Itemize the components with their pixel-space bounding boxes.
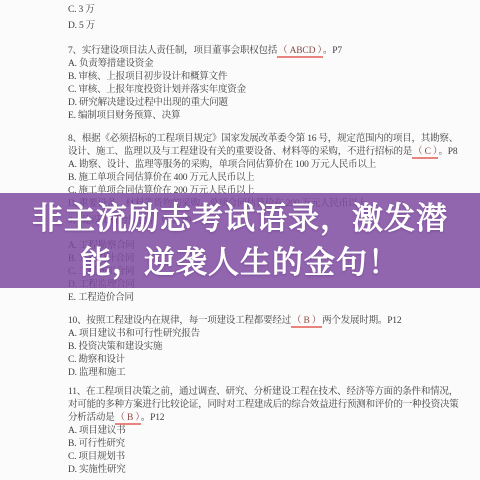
doc-line: 8、根据《必须招标的工程项目规定》国家发展改革委令第 16 号，规定范围内的项目… xyxy=(68,133,468,146)
doc-line: 对可能的多种方案进行比较论证，同时对工程建成后的综合效益进行预测和评价的一种投资… xyxy=(68,399,468,412)
question-text: 两个发展时期。P12 xyxy=(322,316,401,326)
doc-line: B. 投资决策和建设实施 xyxy=(68,341,468,354)
doc-line: C. 项目规划书 xyxy=(68,451,468,464)
doc-line: D. 实施性研究 xyxy=(68,464,468,477)
overlay-title-line-1: 非主流励志考试语录，激发潜 xyxy=(32,197,448,241)
doc-line: 7、实行建设项目法人责任制，项目董事会职权包括（ ABCD ）。P7 xyxy=(68,45,468,58)
question-text: 10、按照工程建设内在规律，每一项建设工程都要经过 xyxy=(68,316,291,326)
doc-line: C. 勘察和设计 xyxy=(68,354,468,367)
doc-line: C. 审核、上报年度投资计划并落实年度资金 xyxy=(68,84,468,97)
doc-line: B. 施工单项合同估算价在 400 万元人民币以上 xyxy=(68,172,468,185)
doc-line: 分析活动是（ B ）。P12 xyxy=(68,412,468,425)
doc-line: D. 5 万 xyxy=(68,20,468,33)
doc-line: D. 监理和施工 xyxy=(68,367,468,380)
doc-line: A. 负责筹措建设资金 xyxy=(68,58,468,71)
answer-mark: （ ABCD ） xyxy=(277,46,323,58)
doc-line: A. 勘察、设计、监理等服务的采购，单项合同估算价在 100 万元人民币以上 xyxy=(68,159,468,172)
question-text: 7、实行建设项目法人责任制，项目董事会职权包括 xyxy=(68,46,277,56)
doc-line: A. 项目建议书 xyxy=(68,425,468,438)
answer-mark: （ B ） xyxy=(115,413,141,425)
question-text: 。P7 xyxy=(323,46,342,56)
doc-line: B. 审核、上报项目初步设计和概算文件 xyxy=(68,71,468,84)
doc-line: D. 研究解决建设过程中出现的重大问题 xyxy=(68,97,468,110)
doc-line: 10、按照工程建设内在规律，每一项建设工程都要经过（ B ）两个发展时期。P12 xyxy=(68,315,468,328)
exam-page: C. 3 万D. 5 万7、实行建设项目法人责任制，项目董事会职权包括（ ABC… xyxy=(0,0,480,480)
answer-mark: （ C ） xyxy=(412,147,438,159)
doc-line: E. 编制项目财务预算、决算 xyxy=(68,110,468,123)
doc-line: 11、在工程项目决策之前，通过调查、研究、分析建设工程在技术、经济等方面的条件和… xyxy=(68,386,468,399)
doc-line: B. 可行性研究 xyxy=(68,438,468,451)
question-text: 。P8 xyxy=(438,147,457,157)
doc-line: A. 项目建议书和可行性研究报告 xyxy=(68,328,468,341)
overlay-title-line-2: 能，逆袭人生的金句！ xyxy=(80,241,400,285)
answer-mark: （ B ） xyxy=(291,316,322,328)
doc-line: E. 工程造价合同 xyxy=(68,292,468,305)
question-text: 分析活动是 xyxy=(68,413,115,423)
overlay-banner: 非主流励志考试语录，激发潜 能，逆袭人生的金句！ xyxy=(0,193,480,288)
doc-line: C. 3 万 xyxy=(68,4,468,17)
question-text: 设计、施工、监理以及与工程建设有关的重要设备、材料等的采购，不进行招标的是 xyxy=(68,147,412,157)
question-text: 。P12 xyxy=(141,413,164,423)
doc-line: 设计、施工、监理以及与工程建设有关的重要设备、材料等的采购，不进行招标的是（ C… xyxy=(68,146,468,159)
